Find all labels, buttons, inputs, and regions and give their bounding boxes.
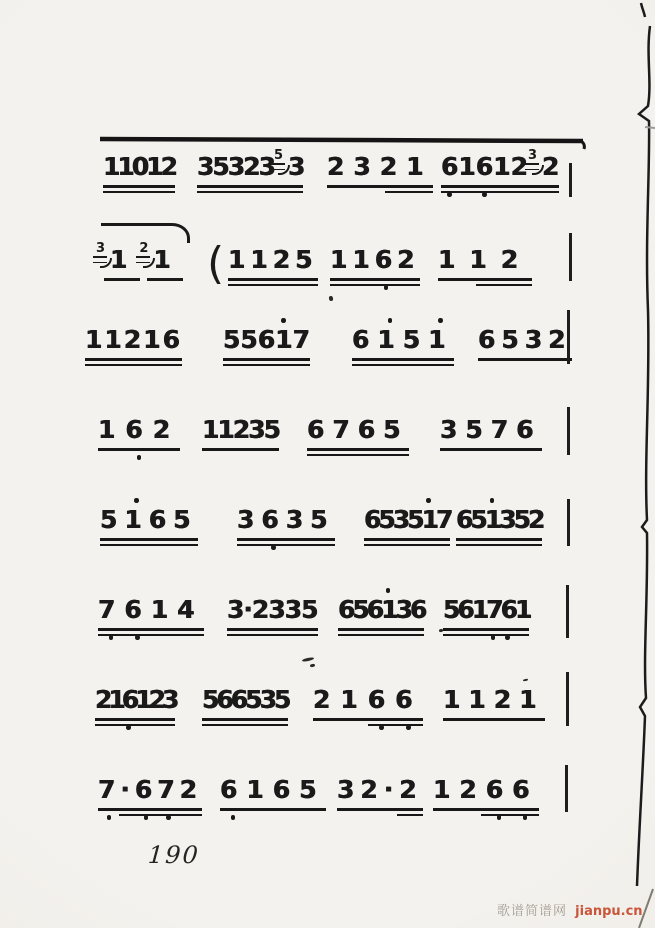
beam-line (202, 724, 288, 726)
note: 1 (146, 152, 160, 182)
note-digit: 1 (275, 325, 292, 355)
note-digit: 5 (352, 595, 366, 625)
note: 5 (264, 415, 279, 445)
beam-line (85, 364, 182, 366)
note: 1 (472, 595, 486, 625)
ink-speck (310, 664, 316, 668)
barline (567, 407, 570, 455)
note: 21 (139, 245, 182, 275)
note-digit: 6 (516, 415, 541, 445)
note-digit: 2 (124, 325, 143, 355)
top-rule (100, 139, 583, 141)
barline (565, 765, 568, 812)
beam-group (330, 278, 420, 286)
beam-group (352, 358, 454, 366)
note-row: 6165 (220, 775, 326, 805)
note-digit: 6 (478, 325, 501, 355)
note-digit: 5 (403, 325, 428, 355)
note: 6 (261, 505, 285, 535)
note: 6 (163, 325, 182, 355)
note: 6 (364, 505, 378, 535)
note-row: 32·2 (337, 775, 423, 805)
note: 6 (516, 415, 541, 445)
note-digit: 2 (243, 152, 258, 182)
note: 1 (352, 245, 374, 275)
note: 5 (465, 415, 490, 445)
note: 3 (237, 505, 261, 535)
note: 1 (85, 325, 104, 355)
note-row: 2321 (327, 152, 433, 182)
beam-line (443, 718, 545, 720)
note: 5 (240, 325, 257, 355)
note-row: 162 (98, 415, 180, 445)
note-digit: 5 (465, 415, 490, 445)
octave-dot-below (107, 815, 112, 820)
beam-line (438, 278, 532, 280)
note: 6 (358, 415, 383, 445)
note-digit: 2 (397, 245, 419, 275)
note: 53 (274, 152, 303, 182)
note: 6 (124, 595, 150, 625)
note: 2 (528, 505, 542, 535)
note: 1 (135, 685, 148, 715)
slur-arc (101, 223, 190, 243)
octave-dot-below (384, 285, 389, 290)
beam-line (223, 364, 310, 366)
note: 2 (327, 152, 353, 182)
measure-group: 3635 (237, 505, 335, 546)
augmentation-dot: · (384, 775, 400, 805)
note: 1 (228, 245, 250, 275)
note-row: 651352 (456, 505, 542, 535)
measure-group: 3576 (440, 415, 542, 451)
beam-line (352, 364, 454, 366)
note-digit: 3 (162, 685, 175, 715)
note-digit: 6 (273, 775, 299, 805)
beam-group (440, 448, 542, 450)
grace-note: 5 (274, 150, 285, 162)
note: 1 (151, 595, 177, 625)
note-row: 3532353 (197, 152, 303, 182)
note-digit: 6 (163, 325, 182, 355)
note: 3 (525, 325, 548, 355)
note-row: 566535 (202, 685, 288, 715)
watermark-site-name: 歌谱简谱网 (497, 904, 567, 919)
note-digit: 1 (217, 415, 232, 445)
note: 1 (458, 152, 475, 182)
note-digit: 1 (153, 245, 182, 275)
measure-group: ( (207, 245, 224, 281)
note-digit: 5 (310, 505, 334, 535)
note: 5 (301, 595, 317, 625)
note-digit: 6 (410, 595, 424, 625)
octave-dot-above (490, 498, 495, 503)
beam-line (228, 278, 318, 280)
note: 1 (246, 775, 272, 805)
note: 5 (212, 152, 227, 182)
note: 3 (393, 505, 407, 535)
octave-dot-below (447, 192, 452, 197)
beam-line (364, 538, 450, 540)
note-digit: 6 (122, 685, 135, 715)
beam-group (337, 808, 423, 816)
beam-line-partial (476, 284, 533, 286)
note: 5 (378, 505, 392, 535)
augmentation-dot: · (120, 775, 135, 805)
measure-group: 561761 (443, 595, 529, 636)
beam-line (98, 634, 204, 636)
note: 6 (352, 325, 377, 355)
note-digit: 1 (433, 775, 459, 805)
note-digit: 1 (202, 415, 217, 445)
note-digit: 1 (519, 685, 544, 715)
note: 5 (407, 505, 421, 535)
barline (567, 499, 570, 546)
note: 3 (396, 595, 410, 625)
note: 3 (499, 505, 513, 535)
note-digit: 2 (252, 595, 268, 625)
note-digit: 5 (383, 415, 408, 445)
octave-dot-below (135, 635, 140, 640)
note-digit: 6 (135, 775, 157, 805)
note-digit: ( (207, 249, 224, 279)
measure-group: 7614 (98, 595, 204, 636)
beam-group (327, 185, 433, 193)
beam-line (104, 278, 140, 281)
note: 2 (360, 775, 383, 805)
note-digit: 2 (149, 685, 162, 715)
note-digit: 2 (327, 152, 353, 182)
beam-line (237, 538, 335, 540)
note: 3 (286, 505, 310, 535)
note-digit: 1 (352, 245, 374, 275)
note-digit: 3 (525, 325, 548, 355)
measure-group: 2166 (313, 685, 423, 726)
note-row: 7·672 (98, 775, 202, 805)
note-digit: 2 (494, 685, 519, 715)
note: 1 (469, 245, 500, 275)
octave-dot-above (388, 318, 393, 323)
note-digit: 2 (360, 775, 383, 805)
note-digit: 6 (307, 415, 332, 445)
note-digit: 1 (381, 595, 395, 625)
beam-line (440, 448, 542, 450)
note: 6 (273, 775, 299, 805)
note: 5 (470, 505, 484, 535)
note: 7 (293, 325, 310, 355)
note-digit: 1 (151, 595, 177, 625)
beam-group (202, 448, 279, 450)
note: 3 (353, 152, 379, 182)
grace-note: 3 (96, 243, 107, 255)
octave-dot-below (497, 815, 502, 820)
note-row: 653517 (364, 505, 450, 535)
page-number: 190 (147, 841, 201, 869)
beam-group (223, 358, 310, 366)
note: 1 (422, 505, 436, 535)
note-digit: 5 (100, 505, 124, 535)
note-digit: 2 (273, 245, 295, 275)
note: 5 (403, 325, 428, 355)
note: 6 (476, 152, 493, 182)
octave-dot-below (231, 815, 236, 820)
note: 1 (438, 245, 469, 275)
note-digit: 6 (456, 505, 470, 535)
beam-line (338, 628, 424, 630)
beam-group (100, 538, 198, 546)
note-digit: 3 (337, 775, 360, 805)
note-digit: 1 (98, 415, 125, 445)
note-digit: 1 (85, 325, 104, 355)
beam-line (227, 634, 318, 636)
note: 6 (395, 685, 422, 715)
beam-line (330, 278, 420, 280)
beam-group (443, 628, 529, 636)
note-digit: 1 (110, 245, 139, 275)
beam-line (95, 724, 175, 726)
beam-group (197, 185, 303, 193)
note-digit: 1 (458, 152, 475, 182)
note-digit: 3 (268, 595, 284, 625)
note-digit: 6 (352, 325, 377, 355)
note-row: 3635 (237, 505, 335, 535)
note-digit: 7 (293, 325, 310, 355)
note: 2 (399, 775, 422, 805)
note-digit: 2 (180, 775, 202, 805)
note: 2 (161, 152, 175, 182)
note: 6 (457, 595, 471, 625)
note: 7 (491, 415, 516, 445)
octave-dot-below (166, 815, 171, 820)
note-digit: 7 (157, 775, 179, 805)
note-digit: 2 (399, 775, 422, 805)
beam-line (307, 454, 409, 456)
beam-group (478, 358, 572, 360)
octave-dot-below (482, 192, 487, 197)
note: 31 (96, 245, 139, 275)
measure-group: 651352 (456, 505, 542, 546)
note-row: 6765 (307, 415, 409, 445)
note-digit: 6 (395, 685, 422, 715)
note: 7 (332, 415, 357, 445)
note-digit: 7 (436, 505, 450, 535)
beam-line (364, 544, 450, 546)
measure-group: 1121 (443, 685, 545, 721)
note: 5 (514, 505, 528, 535)
note-digit: 1 (515, 595, 529, 625)
octave-dot-below (144, 815, 149, 820)
beam-line (307, 448, 409, 450)
note-digit: 7 (98, 775, 120, 805)
note-digit: 6 (368, 685, 395, 715)
note: 6 (501, 595, 515, 625)
note-digit: 6 (364, 505, 378, 535)
note: 6 (441, 152, 458, 182)
note: 5 (383, 415, 408, 445)
note-digit: 3 (260, 685, 274, 715)
octave-dot-below (505, 635, 510, 640)
octave-dot-above (426, 498, 431, 503)
measure-group: 55617 (223, 325, 310, 366)
beam-line (98, 448, 180, 450)
note-digit: · (243, 595, 252, 625)
octave-dot-below (406, 725, 411, 730)
note: 7 (486, 595, 500, 625)
note: 3 (227, 595, 243, 625)
note-digit: 1 (228, 245, 250, 275)
note-digit: 1 (340, 685, 367, 715)
beam-line (98, 628, 204, 630)
note: 3 (162, 685, 175, 715)
note-digit: · (384, 775, 400, 805)
note-row: 5165 (100, 505, 198, 535)
beam-line-partial (397, 814, 423, 816)
beam-line (147, 278, 183, 281)
note: 7 (436, 505, 450, 535)
beam-line-partial (368, 724, 423, 726)
octave-dot-below (126, 725, 131, 730)
note-digit: 1 (103, 152, 117, 182)
measure-group: 6151 (352, 325, 454, 366)
note-digit: 5 (245, 685, 259, 715)
note-digit: 6 (338, 595, 352, 625)
note: 6 (486, 775, 512, 805)
barline (566, 672, 569, 726)
octave-dot-below (109, 635, 114, 640)
beam-line (202, 448, 279, 450)
note: 1 (468, 685, 493, 715)
note: 6 (456, 505, 470, 535)
note-digit: 1 (146, 152, 160, 182)
measure-group: 653517 (364, 505, 450, 546)
note-row: 7614 (98, 595, 204, 625)
beam-group (220, 808, 326, 810)
note-digit: 2 (233, 415, 248, 445)
beam-group (98, 448, 180, 450)
note: 2 (494, 685, 519, 715)
note-row: 6151 (352, 325, 454, 355)
beam-group (98, 808, 202, 816)
note-digit: 5 (514, 505, 528, 535)
octave-dot-below (523, 815, 528, 820)
note: 6 (216, 685, 230, 715)
note-digit: 1 (108, 685, 121, 715)
beam-line (220, 808, 326, 810)
note: 6 (258, 325, 275, 355)
note-digit: 6 (441, 152, 458, 182)
note: 2 (501, 245, 532, 275)
note: 4 (177, 595, 203, 625)
note-digit: 6 (486, 775, 512, 805)
beam-line (433, 808, 539, 810)
note-digit: 6 (476, 152, 493, 182)
note: 6 (478, 325, 501, 355)
beam-group (98, 628, 204, 636)
note: 6 (368, 685, 395, 715)
note: 6 (135, 775, 157, 805)
note-row: 1121 (443, 685, 545, 715)
note-digit: 3 (285, 595, 301, 625)
note-row: ( (207, 245, 224, 281)
note-digit: 7 (332, 415, 357, 445)
beam-line (197, 185, 303, 187)
note-row: 11012 (103, 152, 175, 182)
note: 1 (98, 415, 125, 445)
note: 3 (248, 415, 263, 445)
note-digit: 5 (378, 505, 392, 535)
note-digit: 1 (104, 325, 123, 355)
note-digit: 6 (512, 775, 538, 805)
note-digit: 1 (443, 685, 468, 715)
note: 2 (252, 595, 268, 625)
measure-group: 3·2335 (227, 595, 318, 636)
note-digit: 2 (95, 685, 108, 715)
measure-group: 11012 (103, 152, 175, 193)
measure-group: 1266 (433, 775, 539, 816)
beam-line (330, 284, 420, 286)
beam-group (441, 185, 559, 193)
note: 2 (149, 685, 162, 715)
measure-group: 5165 (100, 505, 198, 546)
beam-line-partial (385, 191, 433, 193)
note: 1 (104, 325, 123, 355)
measure-group: 162 (98, 415, 180, 451)
beam-line (443, 628, 529, 630)
note-digit: 3 (227, 595, 243, 625)
note-digit: 5 (443, 595, 457, 625)
beam-group (228, 278, 318, 286)
note-digit: 3 (393, 505, 407, 535)
octave-dot-above (438, 318, 443, 323)
top-rule-end-hook (581, 141, 584, 149)
measure-group: 112 (438, 245, 532, 286)
note: 32 (528, 152, 559, 182)
note-digit: 6 (231, 685, 245, 715)
note: 5 (245, 685, 259, 715)
note: 6 (410, 595, 424, 625)
note: 1 (217, 415, 232, 445)
note-row: 3·2335 (227, 595, 318, 625)
note-digit: 6 (501, 595, 515, 625)
beam-group (202, 718, 288, 726)
beam-group (307, 448, 409, 456)
note-digit: 5 (295, 245, 317, 275)
beam-group (364, 538, 450, 546)
note-digit: 5 (264, 415, 279, 445)
note: 1 (275, 325, 292, 355)
note: 2 (459, 775, 485, 805)
beam-line (227, 628, 318, 630)
note: 2 (397, 245, 419, 275)
note-digit: 2 (459, 775, 485, 805)
note: 2 (95, 685, 108, 715)
measure-group: 6165 (220, 775, 326, 811)
barline (569, 233, 572, 281)
beam-group (103, 185, 175, 193)
beam-line (197, 191, 303, 193)
note-digit: 1 (493, 152, 510, 182)
note: 5 (501, 325, 524, 355)
note-row: 6161232 (441, 152, 559, 182)
octave-dot-above (134, 498, 139, 503)
beam-line (478, 358, 572, 360)
note-digit: 3 (353, 152, 379, 182)
note-digit: 5 (299, 775, 325, 805)
note-digit: 5 (407, 505, 421, 535)
note: 5 (223, 325, 240, 355)
note-row: 3121 (96, 245, 183, 275)
note: 2 (233, 415, 248, 445)
